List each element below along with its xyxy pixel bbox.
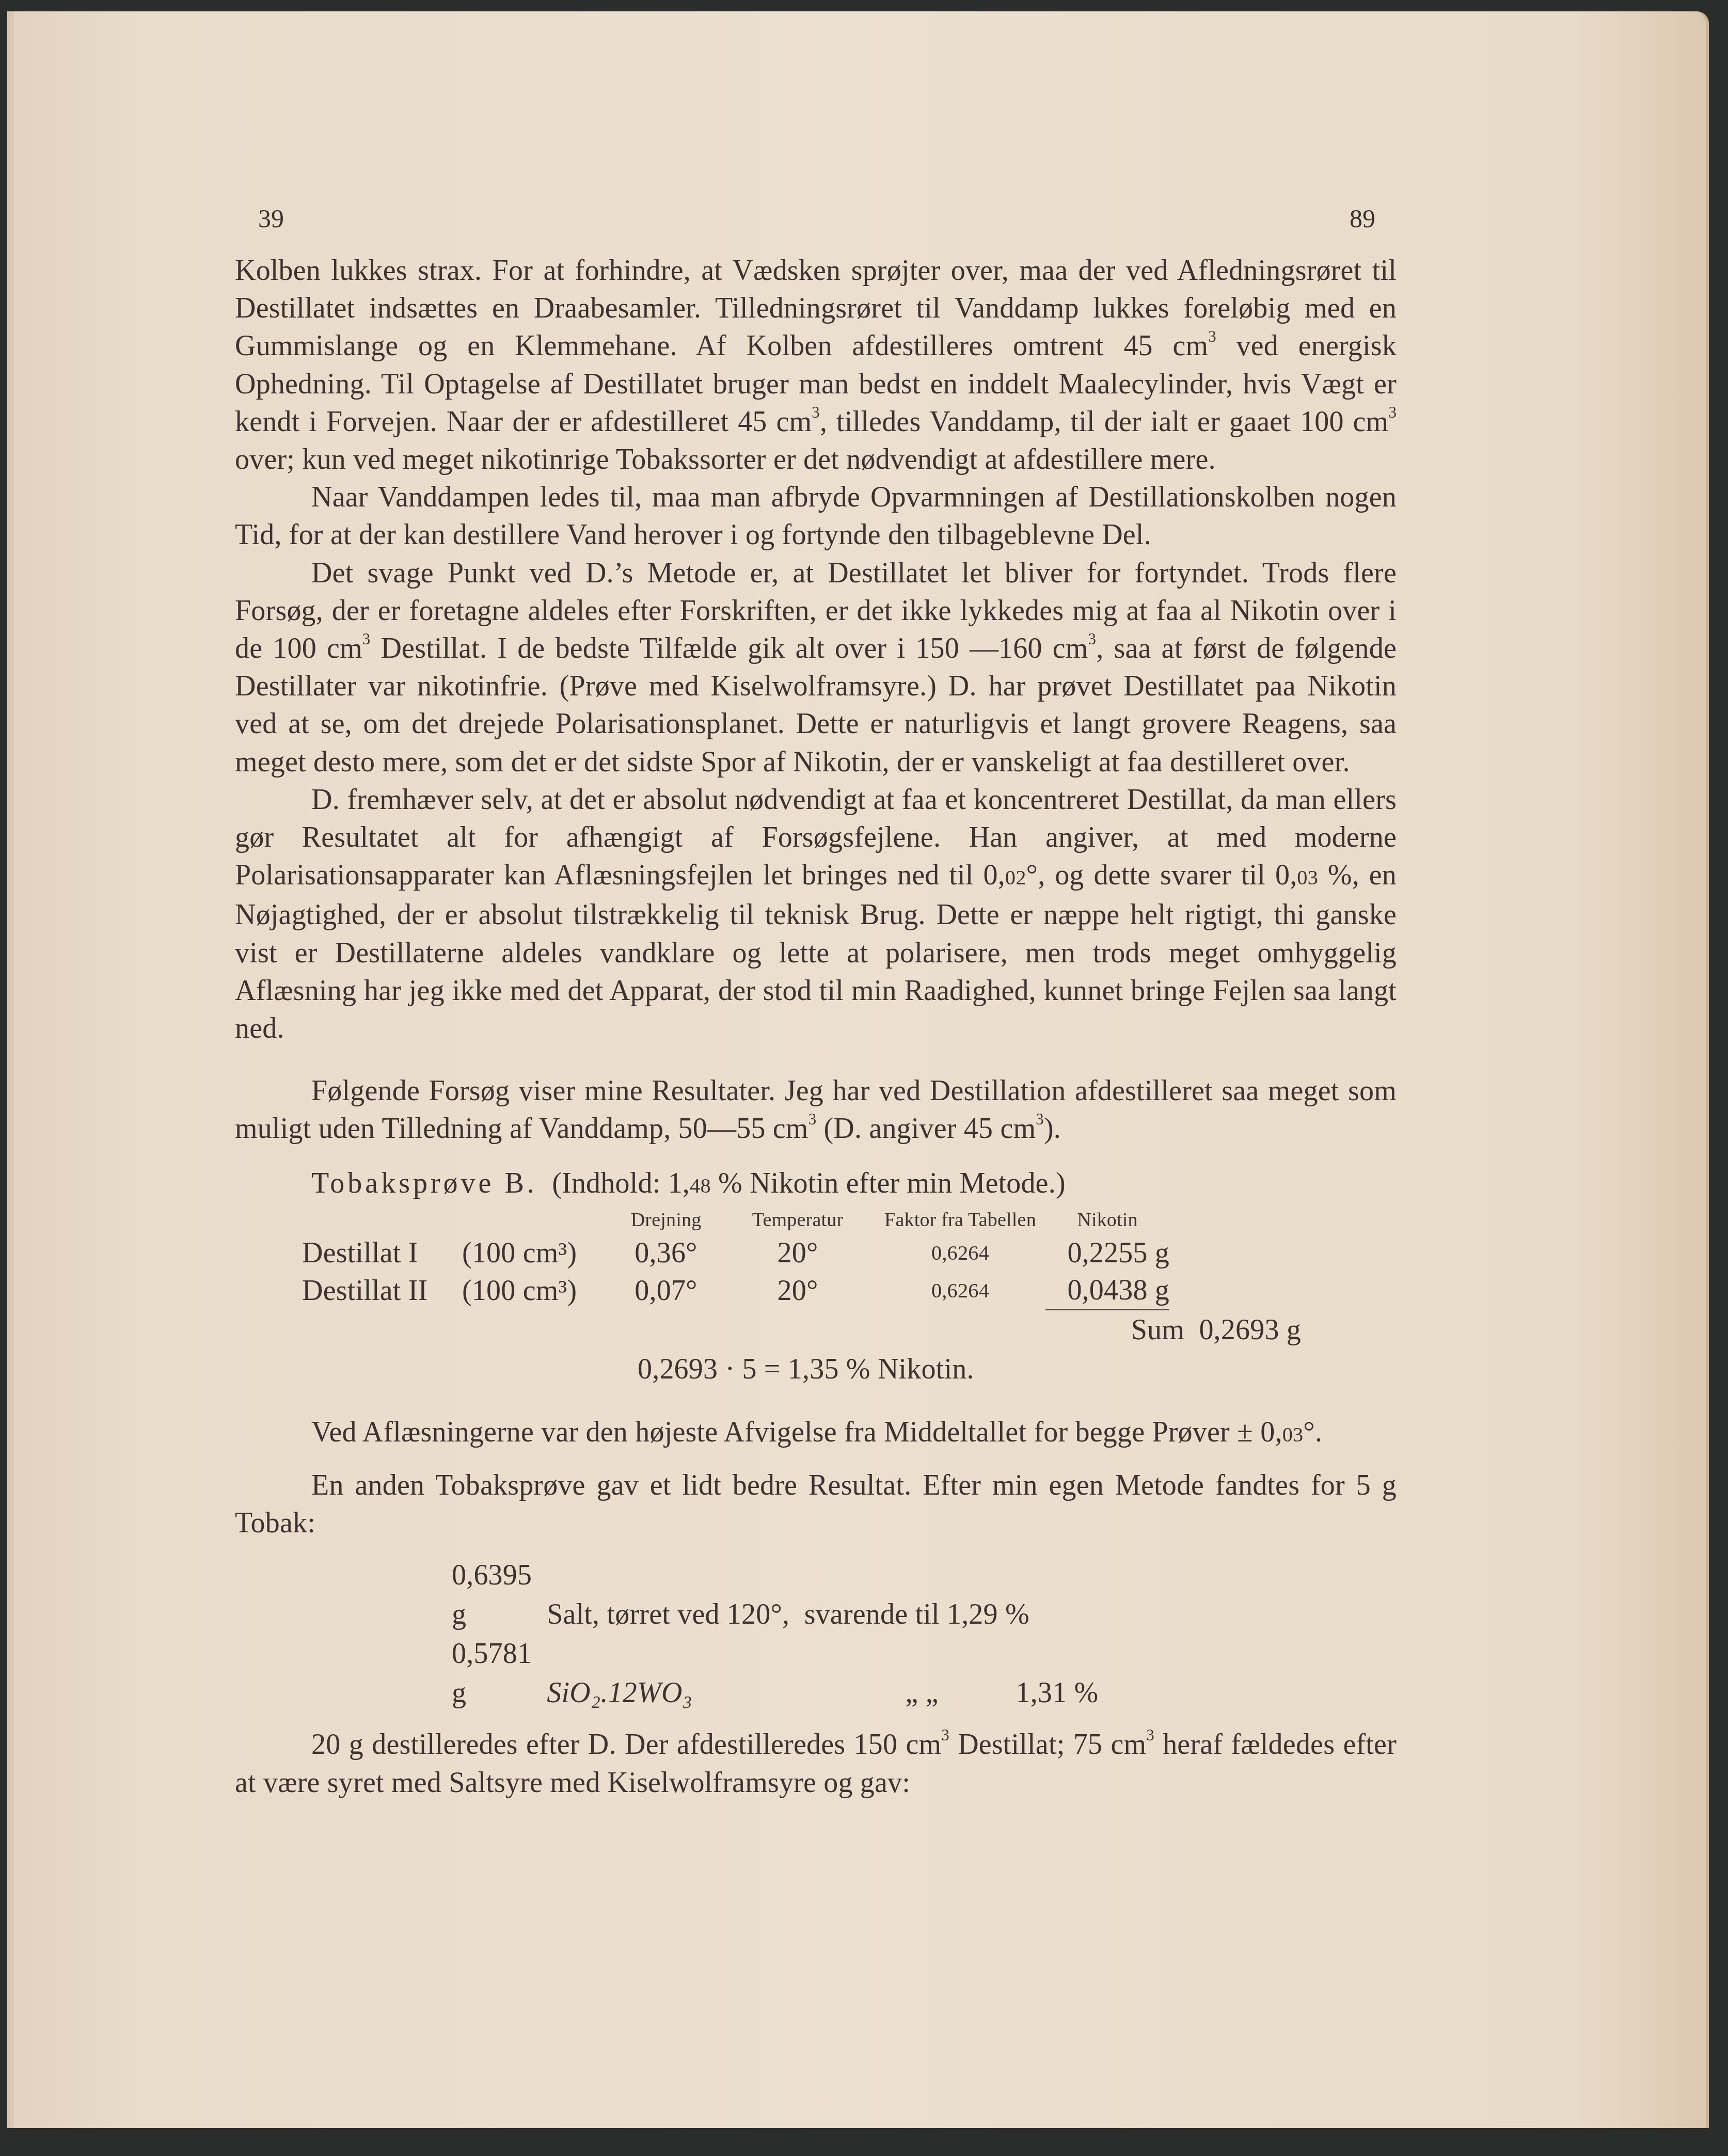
result-line: 0,5781 g SiO₂.12WO₃ „ „ 1,31 % (235, 1634, 1397, 1713)
header-nikotin: Nikotin (1045, 1206, 1169, 1234)
sum-row: Sum 0,2693 g (235, 1310, 1301, 1350)
nicotine-calculation: 0,2693 · 5 = 1,35 % Nikotin. (235, 1350, 1397, 1389)
result-line: 0,6395 g Salt, tørret ved 120°, svarende… (235, 1556, 1397, 1634)
paragraph-distillation-setup: Kolben lukkes strax. For at forhindre, a… (235, 252, 1397, 479)
header-temperatur: Temperatur (720, 1206, 875, 1234)
table-row: Destillat I (100 cm³) 0,36° 20° 0,6264 0… (302, 1234, 1169, 1272)
paragraph-results-intro: Følgende Forsøg viser mine Resultater. J… (235, 1072, 1397, 1148)
chemical-formula: SiO₂.12WO₃ (547, 1673, 898, 1713)
paragraph-deviation: Ved Aflæsningerne var den højeste Afvige… (235, 1414, 1397, 1453)
sample-b-title: Tobaksprøve B. (Indhold: 1,48 % Nikotin … (235, 1165, 1397, 1204)
page-number-left: 39 (258, 203, 284, 233)
paragraph-precipitation: 20 g destilleredes efter D. Der afdestil… (235, 1726, 1397, 1801)
distillate-table: Drejning Temperatur Faktor fra Tabellen … (302, 1206, 1169, 1310)
table-row: Destillat II (100 cm³) 0,07° 20° 0,6264 … (302, 1272, 1169, 1310)
page-body: Kolben lukkes strax. For at forhindre, a… (235, 252, 1397, 1802)
paragraph-steam: Naar Vanddampen ledes til, maa man afbry… (235, 479, 1397, 554)
paragraph-weak-point: Det svage Punkt ved D.’s Metode er, at D… (235, 554, 1397, 781)
table-header-row: Drejning Temperatur Faktor fra Tabellen … (302, 1206, 1169, 1234)
sum-value: 0,2693 g (1199, 1314, 1301, 1346)
paragraph-second-sample: En anden Tobaksprøve gav et lidt bedre R… (235, 1467, 1397, 1542)
header-faktor: Faktor fra Tabellen (875, 1206, 1045, 1234)
page-number-right: 89 (1350, 203, 1375, 233)
header-drejning: Drejning (612, 1206, 720, 1234)
paragraph-concentrated-distillate: D. fremhæver selv, at det er absolut nød… (235, 781, 1397, 1048)
